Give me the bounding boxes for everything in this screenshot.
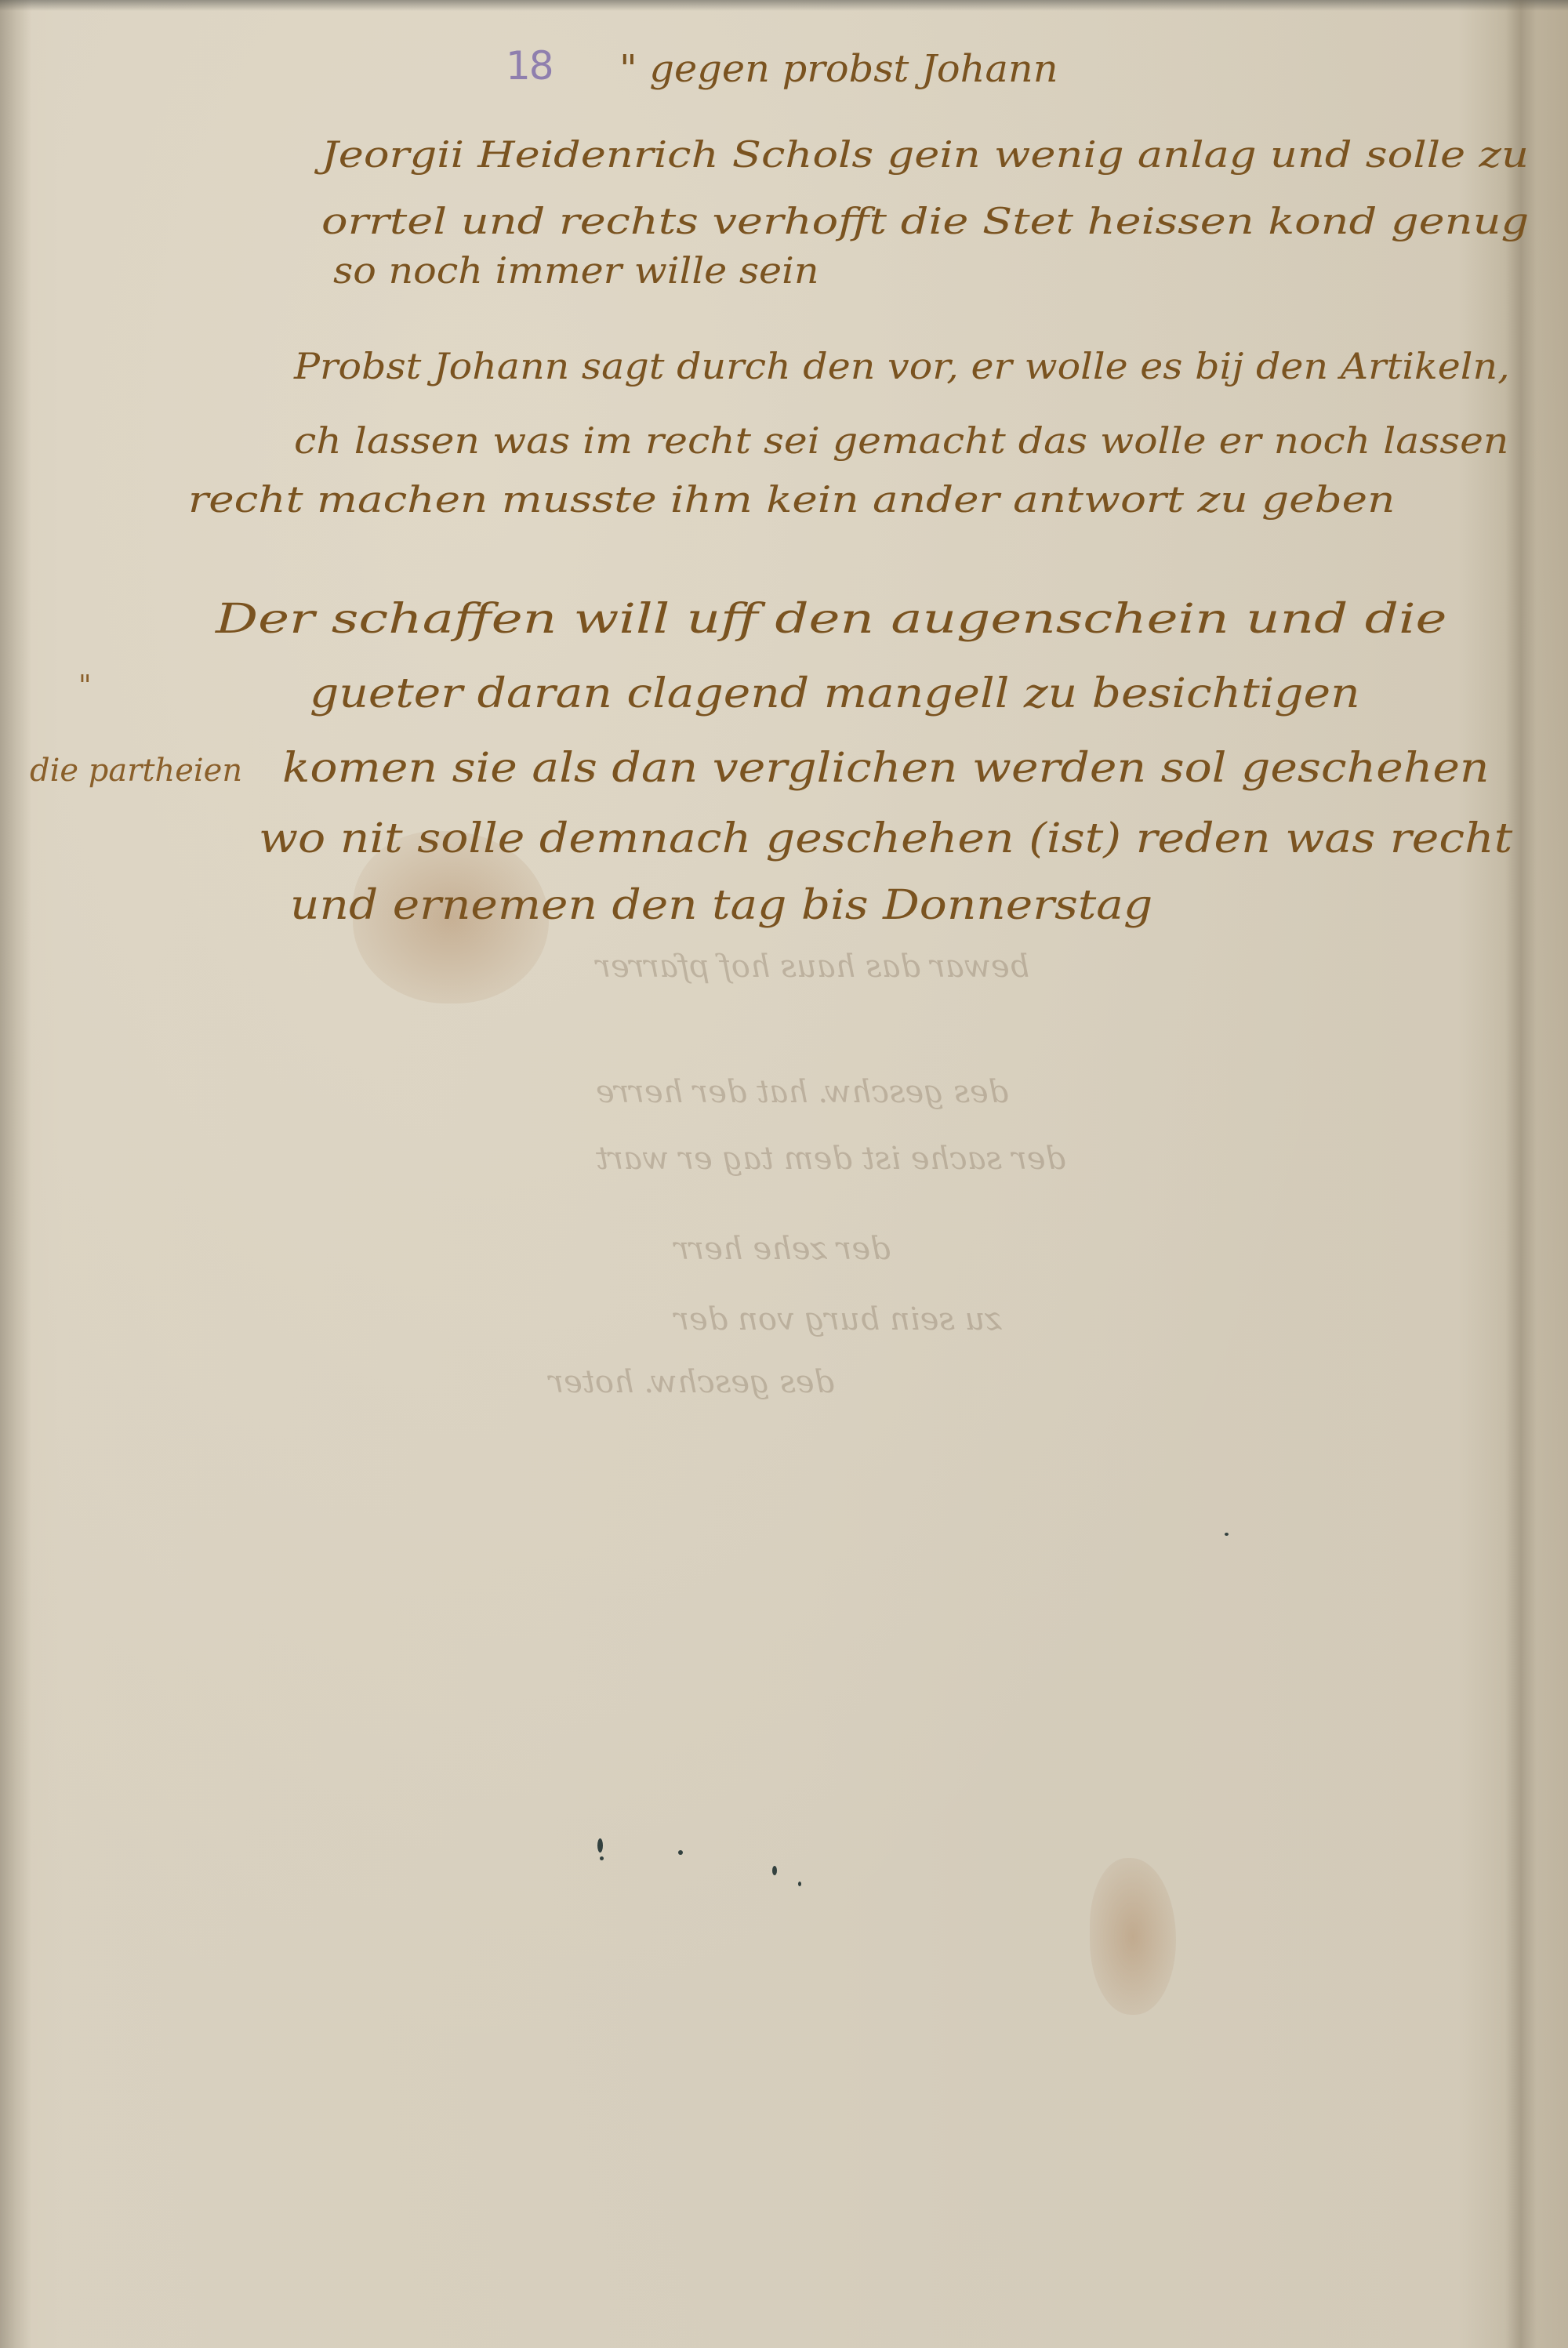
heading-line: " gegen probst Johann bbox=[619, 47, 1058, 91]
paragraph-3-line-1: Der schaffen will uff den augenschein un… bbox=[216, 596, 1446, 643]
bleed-through-line: zu sein burg von der bbox=[674, 1301, 1001, 1337]
page-top-edge bbox=[0, 0, 1568, 11]
paragraph-1-line-3: so noch immer wille sein bbox=[333, 249, 819, 292]
page-left-edge bbox=[0, 0, 31, 2348]
page-fold-shadow bbox=[1505, 0, 1537, 2348]
ink-speck bbox=[1225, 1533, 1229, 1536]
bleed-through-line: bewar das haus hof pfarrer bbox=[596, 949, 1029, 985]
ink-speck bbox=[597, 1838, 603, 1853]
ink-speck bbox=[798, 1882, 801, 1886]
bleed-through-line: des geschw. hoter bbox=[549, 1364, 834, 1400]
water-stain bbox=[1090, 1858, 1176, 2015]
paragraph-3-line-4: wo nit solle demnach geschehen (ist) red… bbox=[259, 815, 1512, 862]
ink-speck bbox=[678, 1850, 683, 1855]
bleed-through-line: des geschw. hat der herre bbox=[596, 1074, 1008, 1110]
bleed-through-line: der sache ist dem tag er wart bbox=[596, 1141, 1065, 1177]
paragraph-1-line-1: Jeorgii Heidenrich Schols gein wenig anl… bbox=[321, 133, 1529, 176]
folio-number: 18 bbox=[506, 43, 553, 89]
ink-speck bbox=[772, 1866, 777, 1875]
paragraph-2-line-1: Probst Johann sagt durch den vor, er wol… bbox=[294, 345, 1510, 387]
margin-mark: " bbox=[78, 670, 92, 702]
manuscript-page: bewar das haus hof pfarrer des geschw. h… bbox=[0, 0, 1568, 2348]
paragraph-1-line-2: orrtel und rechts verhofft die Stet heis… bbox=[321, 200, 1529, 242]
paragraph-3-line-2: gueter daran clagend mangell zu besichti… bbox=[310, 670, 1360, 717]
paragraph-2-line-3: recht machen musste ihm kein ander antwo… bbox=[188, 478, 1395, 521]
paragraph-3-line-5: und ernemen den tag bis Donnerstag bbox=[290, 882, 1152, 929]
paragraph-3-line-3: komen sie als dan verglichen werden sol … bbox=[282, 745, 1490, 792]
paragraph-2-line-2: ch lassen was im recht sei gemacht das w… bbox=[294, 419, 1508, 462]
ink-speck bbox=[600, 1856, 604, 1860]
bleed-through-line: der zehe herr bbox=[674, 1231, 891, 1267]
margin-note: die partheien bbox=[30, 753, 242, 789]
